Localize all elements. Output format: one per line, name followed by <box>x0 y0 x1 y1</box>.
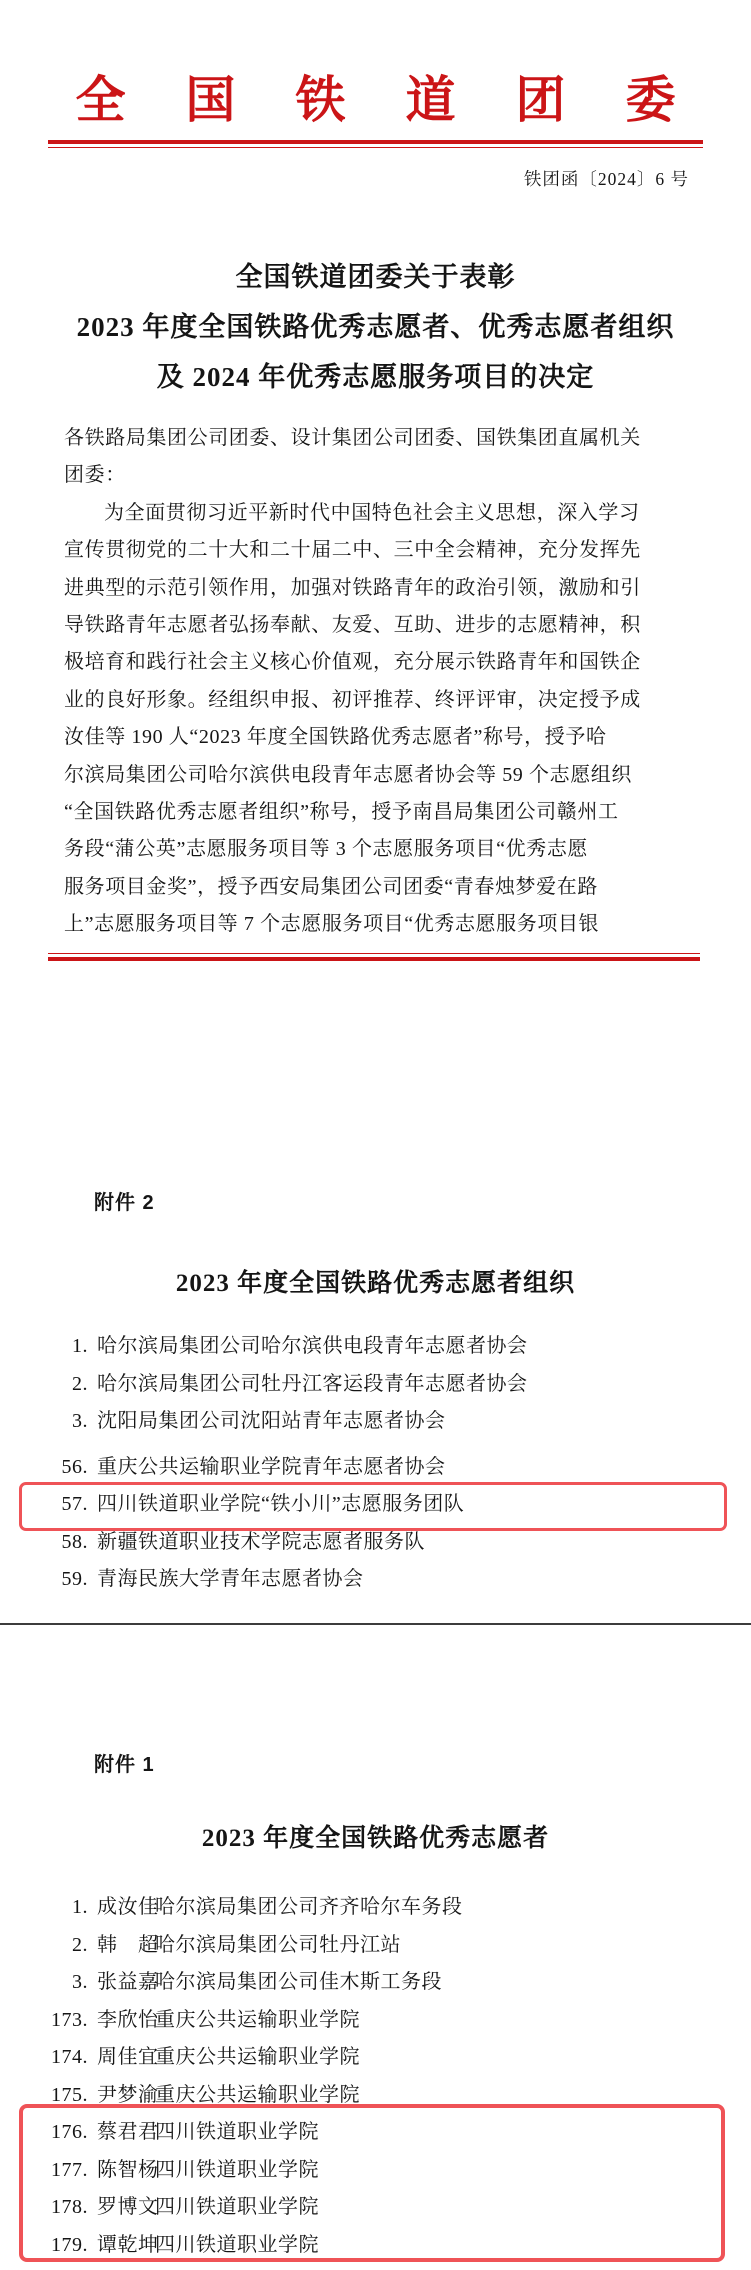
row-number: 1. <box>0 1328 88 1366</box>
volunteer-organization: 哈尔滨局集团公司佳木斯工务段 <box>155 1964 442 2002</box>
body-line-10: 务段“蒲公英”志愿服务项目等 3 个志愿服务项目“优秀志愿 <box>64 831 697 868</box>
row-number: 57. <box>0 1486 88 1524</box>
doc-number: 铁团函〔2024〕6 号 <box>524 166 689 191</box>
row-number: 3. <box>0 1964 88 2002</box>
doc-title-line-3: 及 2024 年优秀志愿服务项目的决定 <box>0 352 751 402</box>
volunteer-organization: 重庆公共运输职业学院 <box>155 2077 360 2115</box>
volunteer-name: 尹梦渝 <box>97 2077 155 2115</box>
attachment1-label: 附件 1 <box>94 1748 155 1777</box>
row-number: 176. <box>0 2114 88 2152</box>
body-line-6: 业的良好形象。经组织申报、初评推荐、终评评审，决定授予成 <box>64 682 697 719</box>
organization-name: 哈尔滨局集团公司哈尔滨供电段青年志愿者协会 <box>97 1328 528 1366</box>
attachment1-row-178: 178.罗博文四川铁道职业学院 <box>0 2189 751 2227</box>
letterhead-rule-thick <box>48 140 703 144</box>
doc-title-line-2: 2023 年度全国铁路优秀志愿者、优秀志愿者组织 <box>0 302 751 352</box>
attachment2-heading: 2023 年度全国铁路优秀志愿者组织 <box>0 1263 751 1299</box>
volunteer-organization: 哈尔滨局集团公司牡丹江站 <box>155 1927 401 1965</box>
organization-name: 沈阳局集团公司沈阳站青年志愿者协会 <box>97 1403 446 1441</box>
organization-name: 重庆公共运输职业学院青年志愿者协会 <box>97 1449 446 1487</box>
body-line-5: 极培育和践行社会主义核心价值观，充分展示铁路青年和国铁企 <box>64 644 697 681</box>
row-number: 177. <box>0 2152 88 2190</box>
volunteer-name: 张益嘉 <box>97 1964 155 2002</box>
body-line-3: 进典型的示范引领作用，加强对铁路青年的政治引领，激励和引 <box>64 570 697 607</box>
agency-title: 全国铁道团委 <box>0 60 751 132</box>
doc-title: 全国铁道团委关于表彰 2023 年度全国铁路优秀志愿者、优秀志愿者组织 及 20… <box>0 252 751 402</box>
organization-name: 哈尔滨局集团公司牡丹江客运段青年志愿者协会 <box>97 1366 528 1404</box>
row-number: 2. <box>0 1366 88 1404</box>
body-line-12: 上”志愿服务项目等 7 个志愿服务项目“优秀志愿服务项目银 <box>64 906 697 943</box>
volunteer-name: 韩 超 <box>97 1927 155 1965</box>
row-number: 175. <box>0 2077 88 2115</box>
attachment1-heading: 2023 年度全国铁路优秀志愿者 <box>0 1818 751 1854</box>
volunteer-name: 蔡君君 <box>97 2114 155 2152</box>
attachment1-row-2: 2.韩 超哈尔滨局集团公司牡丹江站 <box>0 1927 751 1965</box>
attachment2-row-3: 3.沈阳局集团公司沈阳站青年志愿者协会 <box>0 1403 751 1441</box>
attachment2-list: 1.哈尔滨局集团公司哈尔滨供电段青年志愿者协会2.哈尔滨局集团公司牡丹江客运段青… <box>0 1328 751 1599</box>
attachment2-row-2: 2.哈尔滨局集团公司牡丹江客运段青年志愿者协会 <box>0 1366 751 1404</box>
attachment2-row-1: 1.哈尔滨局集团公司哈尔滨供电段青年志愿者协会 <box>0 1328 751 1366</box>
volunteer-organization: 四川铁道职业学院 <box>155 2152 319 2190</box>
letterhead-rule-thin <box>48 147 703 148</box>
document-page: 全国铁道团委 铁团函〔2024〕6 号 全国铁道团委关于表彰 2023 年度全国… <box>0 0 751 2270</box>
row-number: 3. <box>0 1403 88 1441</box>
volunteer-organization: 哈尔滨局集团公司齐齐哈尔车务段 <box>155 1889 463 1927</box>
salutation-line-2: 团委： <box>64 457 697 494</box>
attachment2-row-59: 59.青海民族大学青年志愿者协会 <box>0 1561 751 1599</box>
attachment1-row-173: 173.李欣怡重庆公共运输职业学院 <box>0 2002 751 2040</box>
organization-name: 四川铁道职业学院“铁小川”志愿服务团队 <box>97 1486 464 1524</box>
row-number: 174. <box>0 2039 88 2077</box>
attachment1-list: 1.成汝佳哈尔滨局集团公司齐齐哈尔车务段2.韩 超哈尔滨局集团公司牡丹江站3.张… <box>0 1889 751 2264</box>
attachment1-row-1: 1.成汝佳哈尔滨局集团公司齐齐哈尔车务段 <box>0 1889 751 1927</box>
body-line-7: 汝佳等 190 人“2023 年度全国铁路优秀志愿者”称号，授予哈 <box>64 719 697 756</box>
attachment1-row-177: 177.陈智杨四川铁道职业学院 <box>0 2152 751 2190</box>
row-number: 59. <box>0 1561 88 1599</box>
attachment1-row-175: 175.尹梦渝重庆公共运输职业学院 <box>0 2077 751 2115</box>
row-number: 173. <box>0 2002 88 2040</box>
volunteer-name: 谭乾坤 <box>97 2227 155 2265</box>
body-line-11: 服务项目金奖”，授予西安局集团公司团委“青春烛梦爱在路 <box>64 869 697 906</box>
body-text: 各铁路局集团公司团委、设计集团公司团委、国铁集团直属机关团委：为全面贯彻习近平新… <box>64 420 697 944</box>
organization-name: 新疆铁道职业技术学院志愿者服务队 <box>97 1524 425 1562</box>
volunteer-name: 成汝佳 <box>97 1889 155 1927</box>
body-line-4: 导铁路青年志愿者弘扬奉献、友爱、互助、进步的志愿精神，积 <box>64 607 697 644</box>
salutation-line-1: 各铁路局集团公司团委、设计集团公司团委、国铁集团直属机关 <box>64 420 697 457</box>
volunteer-name: 罗博文 <box>97 2189 155 2227</box>
row-number: 1. <box>0 1889 88 1927</box>
row-number: 2. <box>0 1927 88 1965</box>
attachment2-label: 附件 2 <box>94 1186 155 1215</box>
volunteer-organization: 四川铁道职业学院 <box>155 2189 319 2227</box>
volunteer-name: 李欣怡 <box>97 2002 155 2040</box>
attachment1-row-179: 179.谭乾坤四川铁道职业学院 <box>0 2227 751 2265</box>
page1-bottom-rule-thick <box>48 957 700 961</box>
body-line-2: 宣传贯彻党的二十大和二十届二中、三中全会精神，充分发挥先 <box>64 532 697 569</box>
page1-bottom-rule-thin <box>48 953 700 954</box>
body-line-8: 尔滨局集团公司哈尔滨供电段青年志愿者协会等 59 个志愿组织 <box>64 757 697 794</box>
attachment1-row-174: 174.周佳宜重庆公共运输职业学院 <box>0 2039 751 2077</box>
attachment1-row-3: 3.张益嘉哈尔滨局集团公司佳木斯工务段 <box>0 1964 751 2002</box>
attachment2-row-57: 57.四川铁道职业学院“铁小川”志愿服务团队 <box>0 1486 751 1524</box>
volunteer-organization: 重庆公共运输职业学院 <box>155 2039 360 2077</box>
attachment1-row-176: 176.蔡君君四川铁道职业学院 <box>0 2114 751 2152</box>
page-separator-line <box>0 1623 751 1625</box>
volunteer-name: 周佳宜 <box>97 2039 155 2077</box>
attachment2-row-58: 58.新疆铁道职业技术学院志愿者服务队 <box>0 1524 751 1562</box>
body-line-9: “全国铁路优秀志愿者组织”称号，授予南昌局集团公司赣州工 <box>64 794 697 831</box>
volunteer-name: 陈智杨 <box>97 2152 155 2190</box>
row-number: 178. <box>0 2189 88 2227</box>
volunteer-organization: 重庆公共运输职业学院 <box>155 2002 360 2040</box>
attachment2-row-56: 56.重庆公共运输职业学院青年志愿者协会 <box>0 1449 751 1487</box>
row-number: 179. <box>0 2227 88 2265</box>
doc-title-line-1: 全国铁道团委关于表彰 <box>0 252 751 302</box>
volunteer-organization: 四川铁道职业学院 <box>155 2114 319 2152</box>
row-number: 58. <box>0 1524 88 1562</box>
body-line-1: 为全面贯彻习近平新时代中国特色社会主义思想，深入学习 <box>64 495 697 532</box>
organization-name: 青海民族大学青年志愿者协会 <box>97 1561 364 1599</box>
row-number: 56. <box>0 1449 88 1487</box>
volunteer-organization: 四川铁道职业学院 <box>155 2227 319 2265</box>
